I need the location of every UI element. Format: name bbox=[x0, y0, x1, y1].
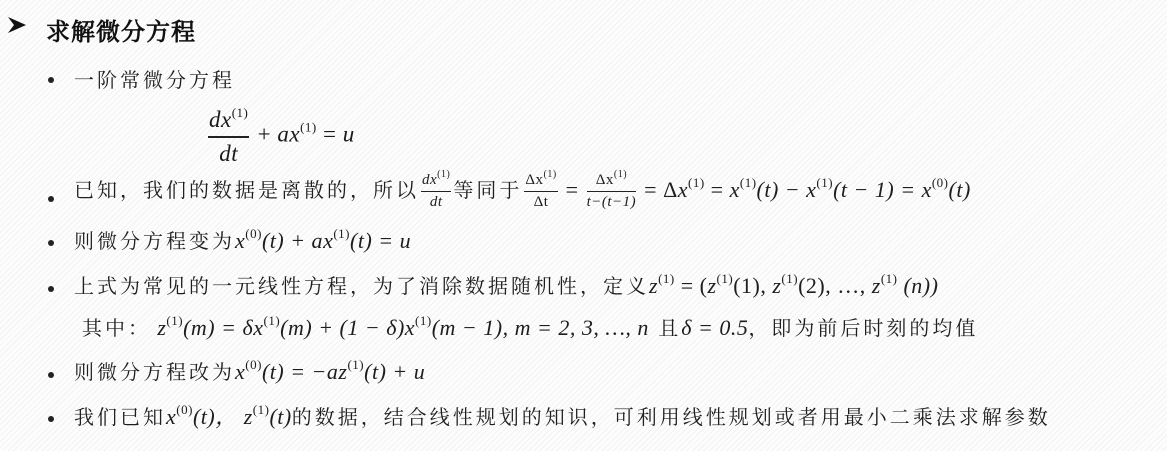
bullet-5-prefix: 则微分方程改为 bbox=[74, 360, 235, 384]
eq-numerator: dx bbox=[209, 107, 232, 132]
bullet-3-prefix: 则微分方程变为 bbox=[74, 229, 235, 253]
eq-sup: (1) bbox=[816, 175, 833, 190]
section-title: 求解微分方程 bbox=[46, 12, 196, 47]
frac-den: t−(t−1) bbox=[587, 194, 637, 210]
eq-sup: (0) bbox=[932, 175, 949, 190]
fraction-delta-x-delta-t: Δx(1)Δt bbox=[524, 172, 557, 211]
eq-superscript: (1) bbox=[300, 120, 317, 135]
sub-suffix: ，即为前后时刻的均值 bbox=[748, 316, 978, 340]
frac-sup: (1) bbox=[614, 169, 627, 180]
eq-sup: (1) bbox=[415, 313, 432, 328]
eq-part: (t) + u bbox=[364, 359, 425, 384]
eq-var: z bbox=[244, 404, 253, 429]
eq-sup: (1) bbox=[717, 271, 734, 286]
frac-den: dt bbox=[430, 194, 443, 210]
sub-prefix: 其中： bbox=[82, 316, 151, 340]
eq-sup: (1) bbox=[333, 226, 350, 241]
bullet-2-prefix: 已知，我们的数据是离散的，所以 bbox=[74, 178, 419, 202]
eq-part: (t) − bbox=[757, 177, 807, 202]
bullet-dot-icon bbox=[48, 416, 54, 422]
eq-part: (1), bbox=[733, 273, 772, 298]
fraction-dx-dt: dx(1)dt bbox=[421, 172, 451, 211]
eq-u: u bbox=[343, 122, 355, 147]
eq-part: (m) = δx bbox=[183, 315, 263, 340]
frac-num: Δx bbox=[596, 172, 614, 188]
bullet-dot-icon bbox=[48, 196, 54, 202]
eq-sup: (1) bbox=[263, 313, 280, 328]
bullet-dot-icon bbox=[48, 372, 54, 378]
sub-and: 且 bbox=[649, 316, 681, 340]
eq-var: z bbox=[872, 273, 881, 298]
eq-var: x bbox=[235, 228, 245, 253]
eq-sup: (1) bbox=[881, 271, 898, 286]
eq-equals: = bbox=[317, 122, 343, 147]
eq-part: = Δ bbox=[638, 177, 678, 202]
eq-part: = bbox=[705, 177, 730, 202]
eq-sup: (0) bbox=[176, 402, 193, 417]
eq-var: z bbox=[707, 273, 716, 298]
eq-ax: ax bbox=[277, 122, 300, 147]
eq-delta: δ = 0.5 bbox=[681, 315, 748, 340]
bullet-3-equation: x(0)(t) + ax(1)(t) = u bbox=[235, 228, 411, 253]
eq-var: z bbox=[649, 273, 658, 298]
frac-den: Δt bbox=[534, 194, 549, 210]
bullet-5-equation: x(0)(t) = −az(1)(t) + u bbox=[235, 359, 425, 384]
eq-var: x bbox=[235, 359, 245, 384]
eq-part: = ( bbox=[675, 273, 708, 298]
frac-sup: (1) bbox=[437, 169, 450, 180]
frac-sup: (1) bbox=[544, 169, 557, 180]
ode-equation: dx(1) dt + ax(1) = u bbox=[206, 106, 355, 167]
eq-var: x bbox=[678, 177, 688, 202]
bullet-5-text: 则微分方程改为x(0)(t) = −az(1)(t) + u bbox=[74, 360, 425, 384]
eq-denominator: dt bbox=[219, 141, 238, 166]
eq-var: x bbox=[323, 228, 333, 253]
sub-equation: z(1)(m) = δx(1)(m) + (1 − δ)x(1)(m − 1),… bbox=[157, 315, 649, 340]
eq-sup: (1) bbox=[347, 357, 364, 372]
eq-part: (t) = −az bbox=[262, 359, 348, 384]
eq-sup: (0) bbox=[245, 357, 262, 372]
bullet-dot-icon bbox=[48, 240, 54, 246]
eq-equals: = bbox=[560, 177, 585, 202]
eq-sup: (1) bbox=[688, 175, 705, 190]
eq-part: (t) bbox=[949, 177, 971, 202]
bullet-dot-icon bbox=[48, 286, 54, 292]
eq-superscript: (1) bbox=[232, 105, 249, 120]
eq-part: (m) + (1 − δ)x bbox=[280, 315, 415, 340]
bullet-4-prefix: 上式为常见的一元线性方程，为了消除数据随机性，定义 bbox=[74, 274, 649, 298]
eq-part: (t) + a bbox=[262, 228, 323, 253]
frac-num: dx bbox=[422, 172, 437, 188]
eq-part: (m − 1), m = 2, 3, …, n bbox=[432, 315, 649, 340]
bullet-1-text: 一阶常微分方程 bbox=[74, 68, 235, 92]
eq-part: (t)， bbox=[193, 404, 238, 429]
eq-var: x bbox=[730, 177, 740, 202]
eq-sup: (1) bbox=[658, 271, 675, 286]
eq-part: (n)) bbox=[897, 273, 938, 298]
eq-sup: (1) bbox=[253, 402, 270, 417]
eq-plus: + bbox=[251, 122, 277, 147]
eq-sup: (0) bbox=[245, 226, 262, 241]
eq-var: x bbox=[922, 177, 932, 202]
bullet-4-subline: 其中： z(1)(m) = δx(1)(m) + (1 − δ)x(1)(m −… bbox=[82, 316, 978, 340]
eq-sup: (1) bbox=[740, 175, 757, 190]
bullet-3-text: 则微分方程变为x(0)(t) + ax(1)(t) = u bbox=[74, 229, 411, 253]
fraction-dx-dt: dx(1) dt bbox=[208, 106, 249, 167]
frac-num: Δx bbox=[525, 172, 543, 188]
arrowhead-bullet-icon bbox=[6, 14, 28, 36]
bullet-2-text: 已知，我们的数据是离散的，所以dx(1)dt等同于Δx(1)Δt = Δx(1)… bbox=[74, 172, 971, 211]
eq-part: (t) bbox=[269, 404, 291, 429]
bullet-6-suffix: 的数据，结合线性规划的知识，可利用线性规划或者用最小二乘法求解参数 bbox=[292, 405, 1051, 429]
bullet-dot-icon bbox=[48, 77, 54, 83]
eq-sup: (1) bbox=[781, 271, 798, 286]
eq-part: (2), …, bbox=[798, 273, 872, 298]
bullet-2-equation-tail: = Δx(1) = x(1)(t) − x(1)(t − 1) = x(0)(t… bbox=[638, 177, 971, 202]
fraction-delta-x-over-t: Δx(1)t−(t−1) bbox=[587, 172, 637, 211]
eq-part: (t − 1) = bbox=[833, 177, 921, 202]
eq-var: x bbox=[806, 177, 816, 202]
bullet-6-equation: x(0)(t)， z(1)(t) bbox=[166, 404, 292, 429]
eq-sup: (1) bbox=[166, 313, 183, 328]
bullet-6-prefix: 我们已知 bbox=[74, 405, 166, 429]
bullet-4-text: 上式为常见的一元线性方程，为了消除数据随机性，定义z(1) = (z(1)(1)… bbox=[74, 274, 938, 298]
eq-var: x bbox=[166, 404, 176, 429]
bullet-6-text: 我们已知x(0)(t)， z(1)(t)的数据，结合线性规划的知识，可利用线性规… bbox=[74, 405, 1051, 429]
eq-part: (t) = u bbox=[350, 228, 411, 253]
bullet-4-equation: z(1) = (z(1)(1), z(1)(2), …, z(1) (n)) bbox=[649, 273, 938, 298]
bullet-2-mid: 等同于 bbox=[453, 178, 522, 202]
